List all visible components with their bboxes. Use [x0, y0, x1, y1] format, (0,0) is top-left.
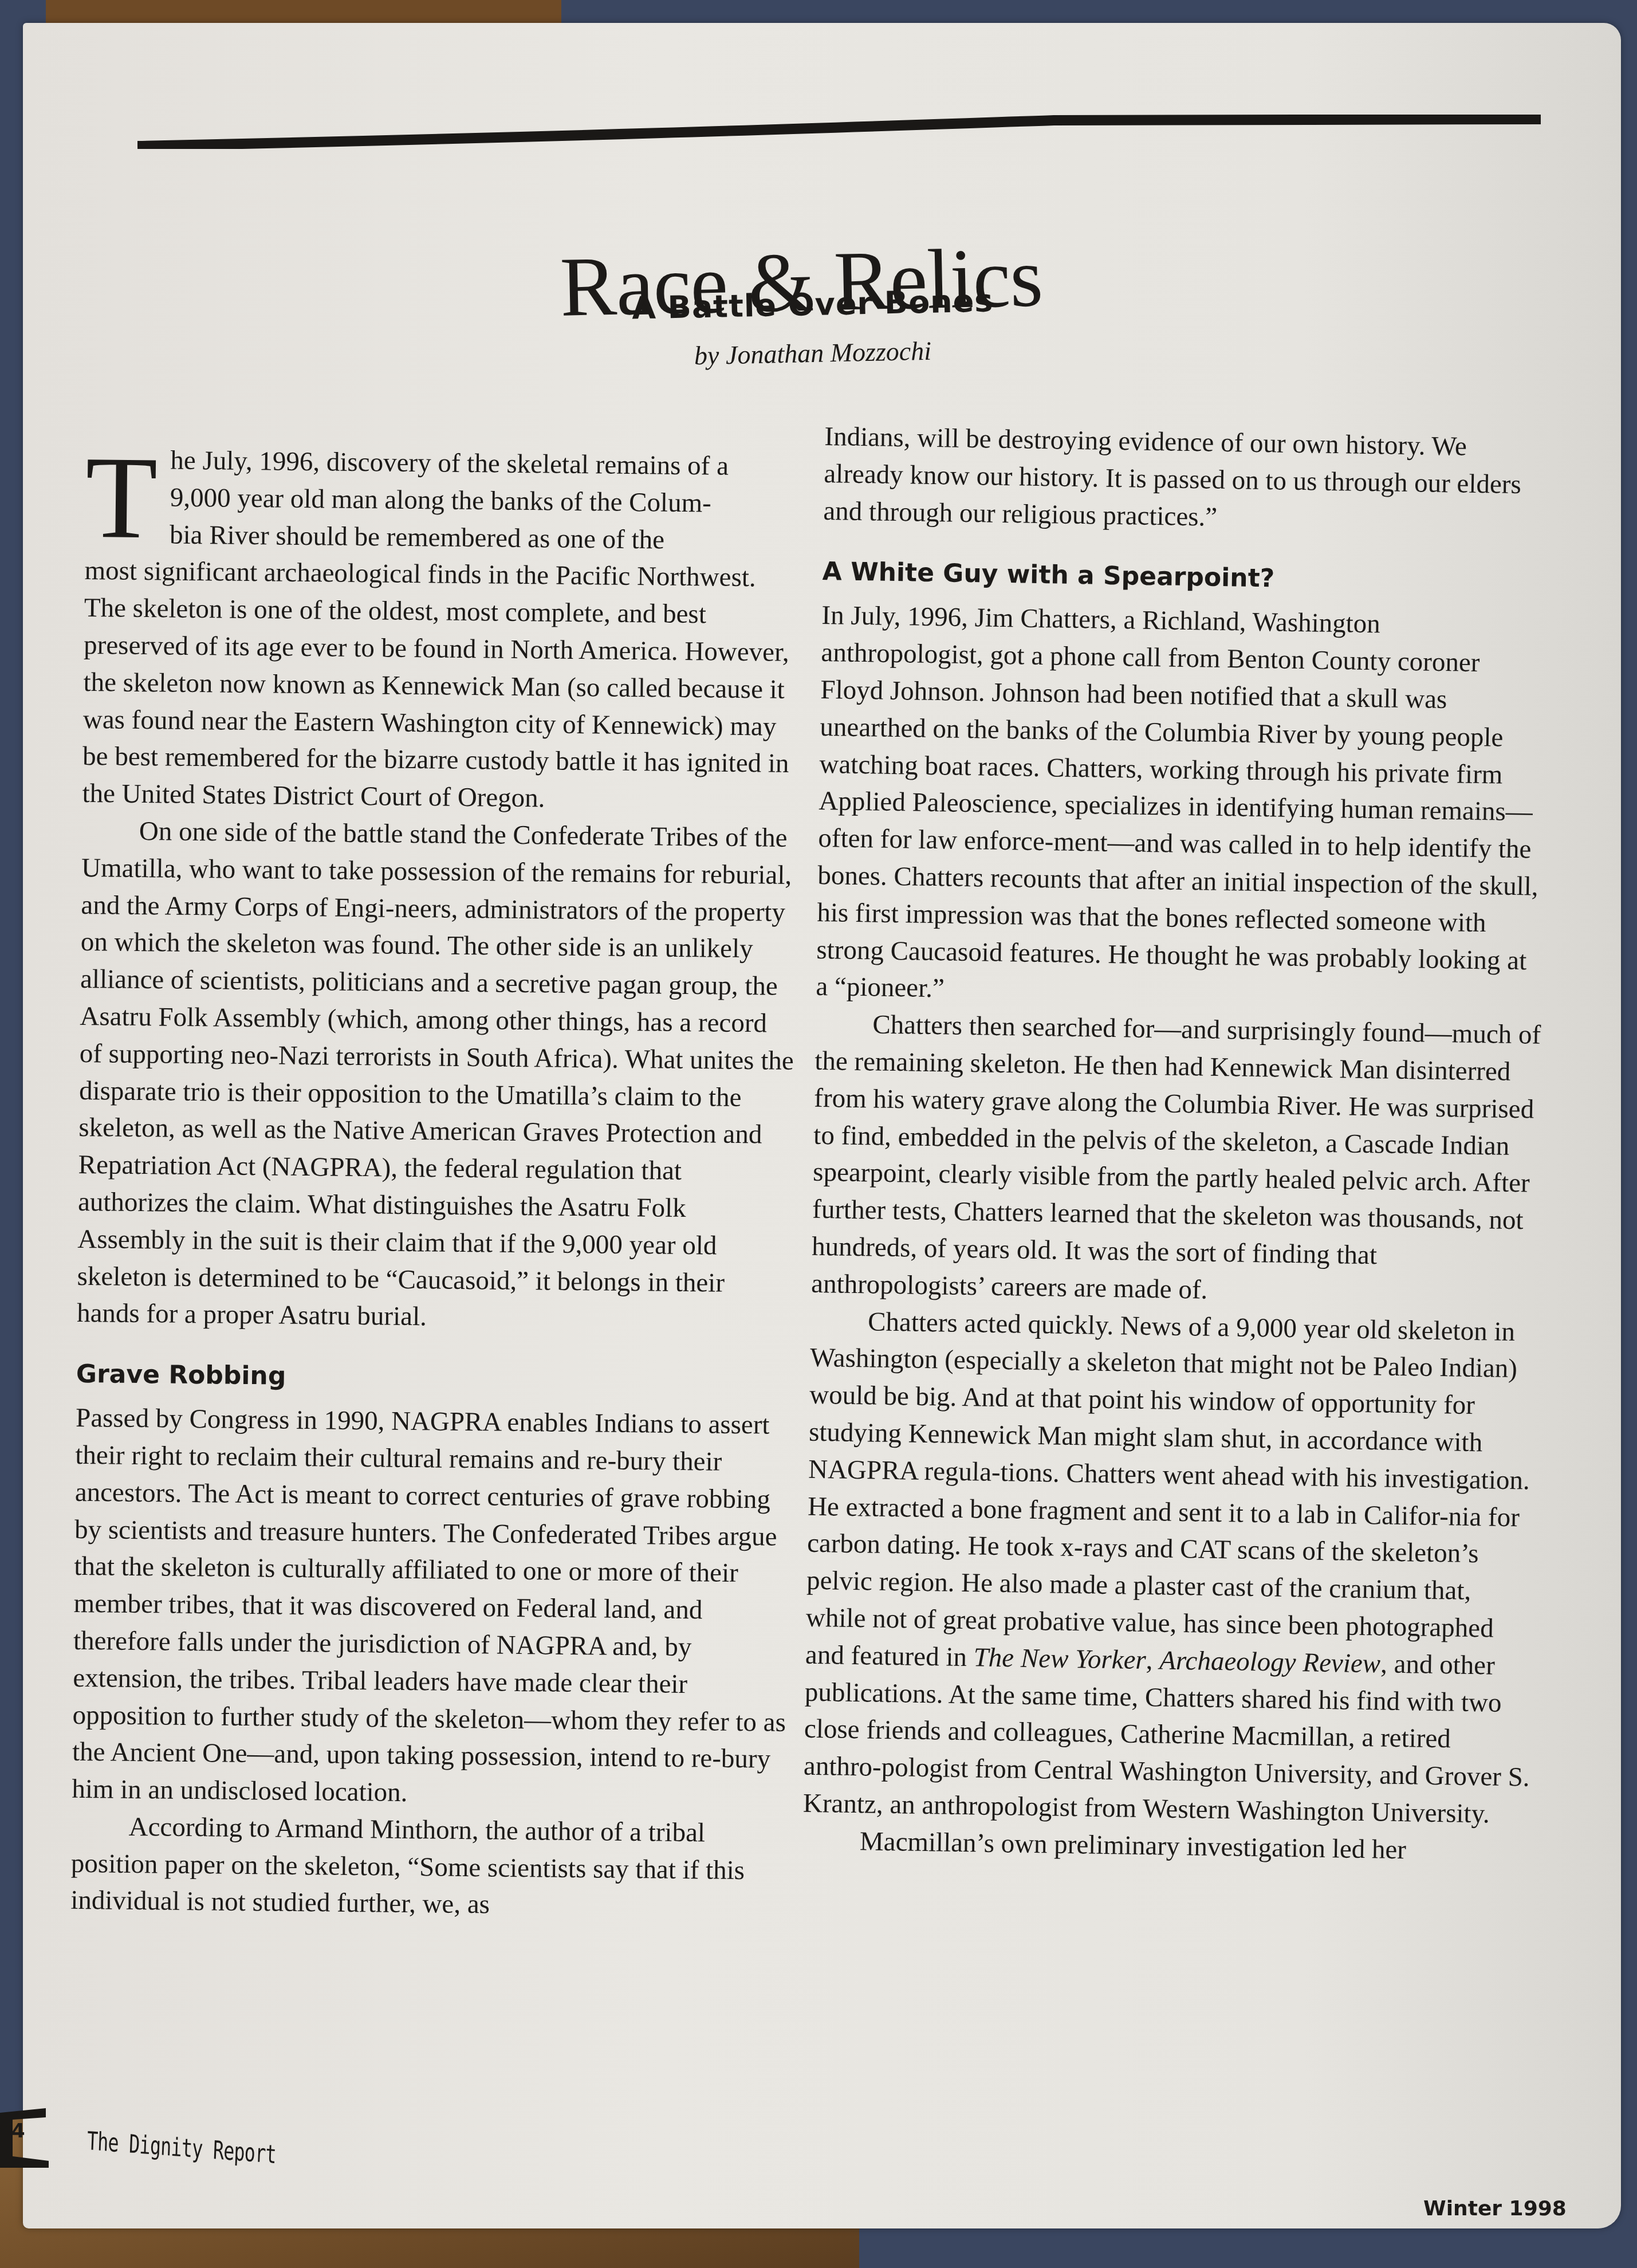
article-subtitle: A Battle Over Bones [0, 286, 1637, 323]
paragraph: Chatters then searched for—and surprisin… [811, 1005, 1543, 1314]
article-byline: by Jonathan Mozzochi [0, 338, 1637, 368]
paragraph: According to Armand Minthorn, the author… [70, 1808, 788, 1927]
section-heading-white-guy-spearpoint: A White Guy with a Spearpoint? [822, 555, 1550, 600]
intro-line: bia River should be remembered as one of… [85, 516, 801, 560]
publication-title: The New Yorker [973, 1642, 1146, 1675]
paragraph: In July, 1996, Jim Chatters, a Richland,… [816, 597, 1549, 1017]
paragraph: On one side of the battle stand the Conf… [77, 812, 798, 1339]
paragraph: Chatters acted quickly. News of a 9,000 … [803, 1302, 1538, 1833]
right-column: Indians, will be destroying evidence of … [802, 418, 1552, 1870]
publication-title: Archaeology Review [1159, 1645, 1381, 1679]
left-column: T he July, 1996, discovery of the skelet… [70, 441, 802, 1927]
paragraph-text: Chatters acted quickly. News of a 9,000 … [805, 1307, 1530, 1672]
section-heading-grave-robbing: Grave Robbing [76, 1357, 793, 1399]
intro-text: most significant archaeological finds in… [82, 556, 789, 813]
paragraph: Passed by Congress in 1990, NAGPRA enabl… [72, 1400, 792, 1815]
issue-date: Winter 1998 [1423, 2197, 1567, 2220]
paragraph: Indians, will be destroying evidence of … [823, 418, 1552, 541]
page-number: 4 [11, 2120, 25, 2143]
header-rule [137, 115, 1541, 149]
drop-cap: T [85, 449, 158, 546]
paragraph-text: , and other publications. At the same ti… [803, 1649, 1530, 1829]
paragraph-text: , [1146, 1645, 1159, 1675]
paragraph-intro: T he July, 1996, discovery of the skelet… [82, 441, 802, 820]
